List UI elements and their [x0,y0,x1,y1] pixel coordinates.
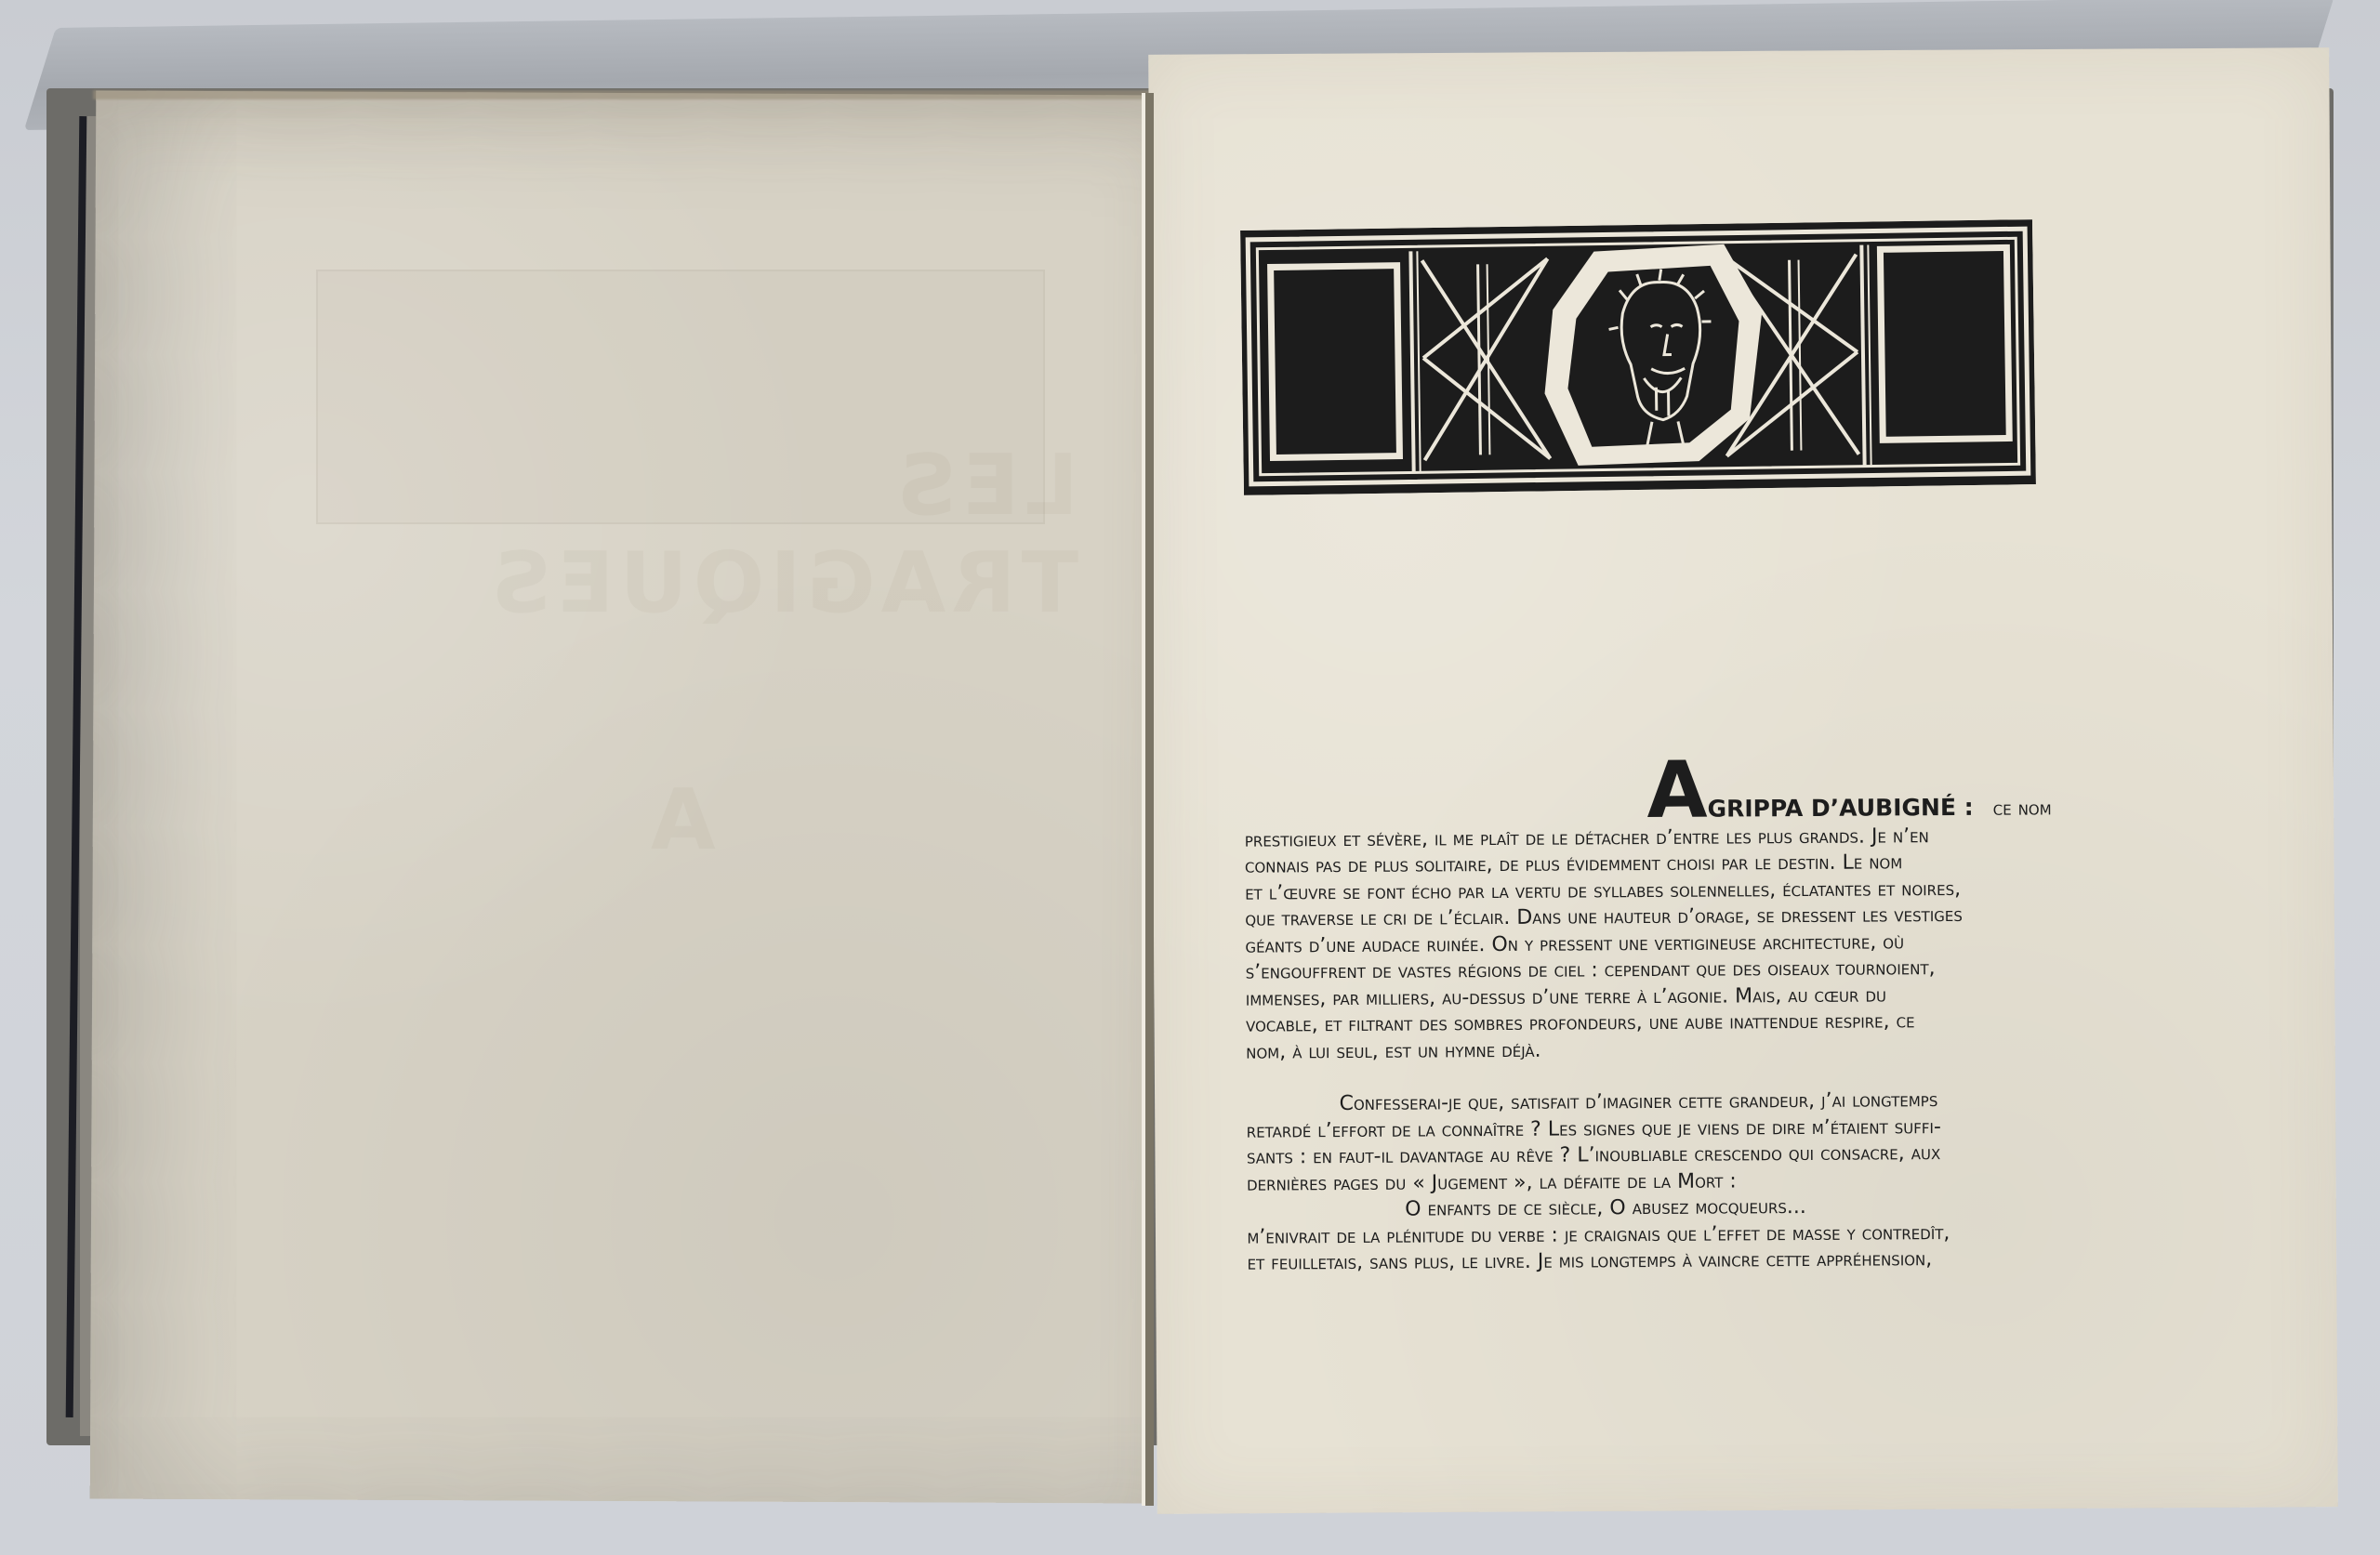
text-line: et feuilletais, sans plus, le livre. Je … [1248,1245,2056,1277]
text-line: que traverse le cri de l’éclair. Dans un… [1245,902,2054,933]
left-page-deckle-edge [93,90,1155,99]
woodcut-illustration [1240,219,2036,495]
show-through-letter: A [651,771,716,869]
opening-line: AGRIPPA D’AUBIGNÉ : ce nom [1244,759,2053,827]
text-line: Confesserai-je que, satisfait d’imaginer… [1246,1087,2055,1118]
drop-cap: A [1646,762,1707,818]
show-through-title: LES TRAGIQUES [316,437,1078,632]
opening-tail: ce nom [1993,797,2052,820]
text-line: sants : en faut-il davantage au rêve ? L… [1247,1140,2056,1171]
body-text: AGRIPPA D’AUBIGNÉ : ce nom prestigieux e… [1244,759,2056,1277]
text-line: s’engouffrent de vastes régions de ciel … [1246,955,2055,986]
opening-words: GRIPPA D’AUBIGNÉ : [1707,794,1973,823]
text-line: m’enivrait de la plénitude du verbe : je… [1247,1219,2056,1251]
text-line: nom, à lui seul, est un hymne déjà. [1246,1034,2055,1066]
book-gutter [1145,93,1154,1506]
